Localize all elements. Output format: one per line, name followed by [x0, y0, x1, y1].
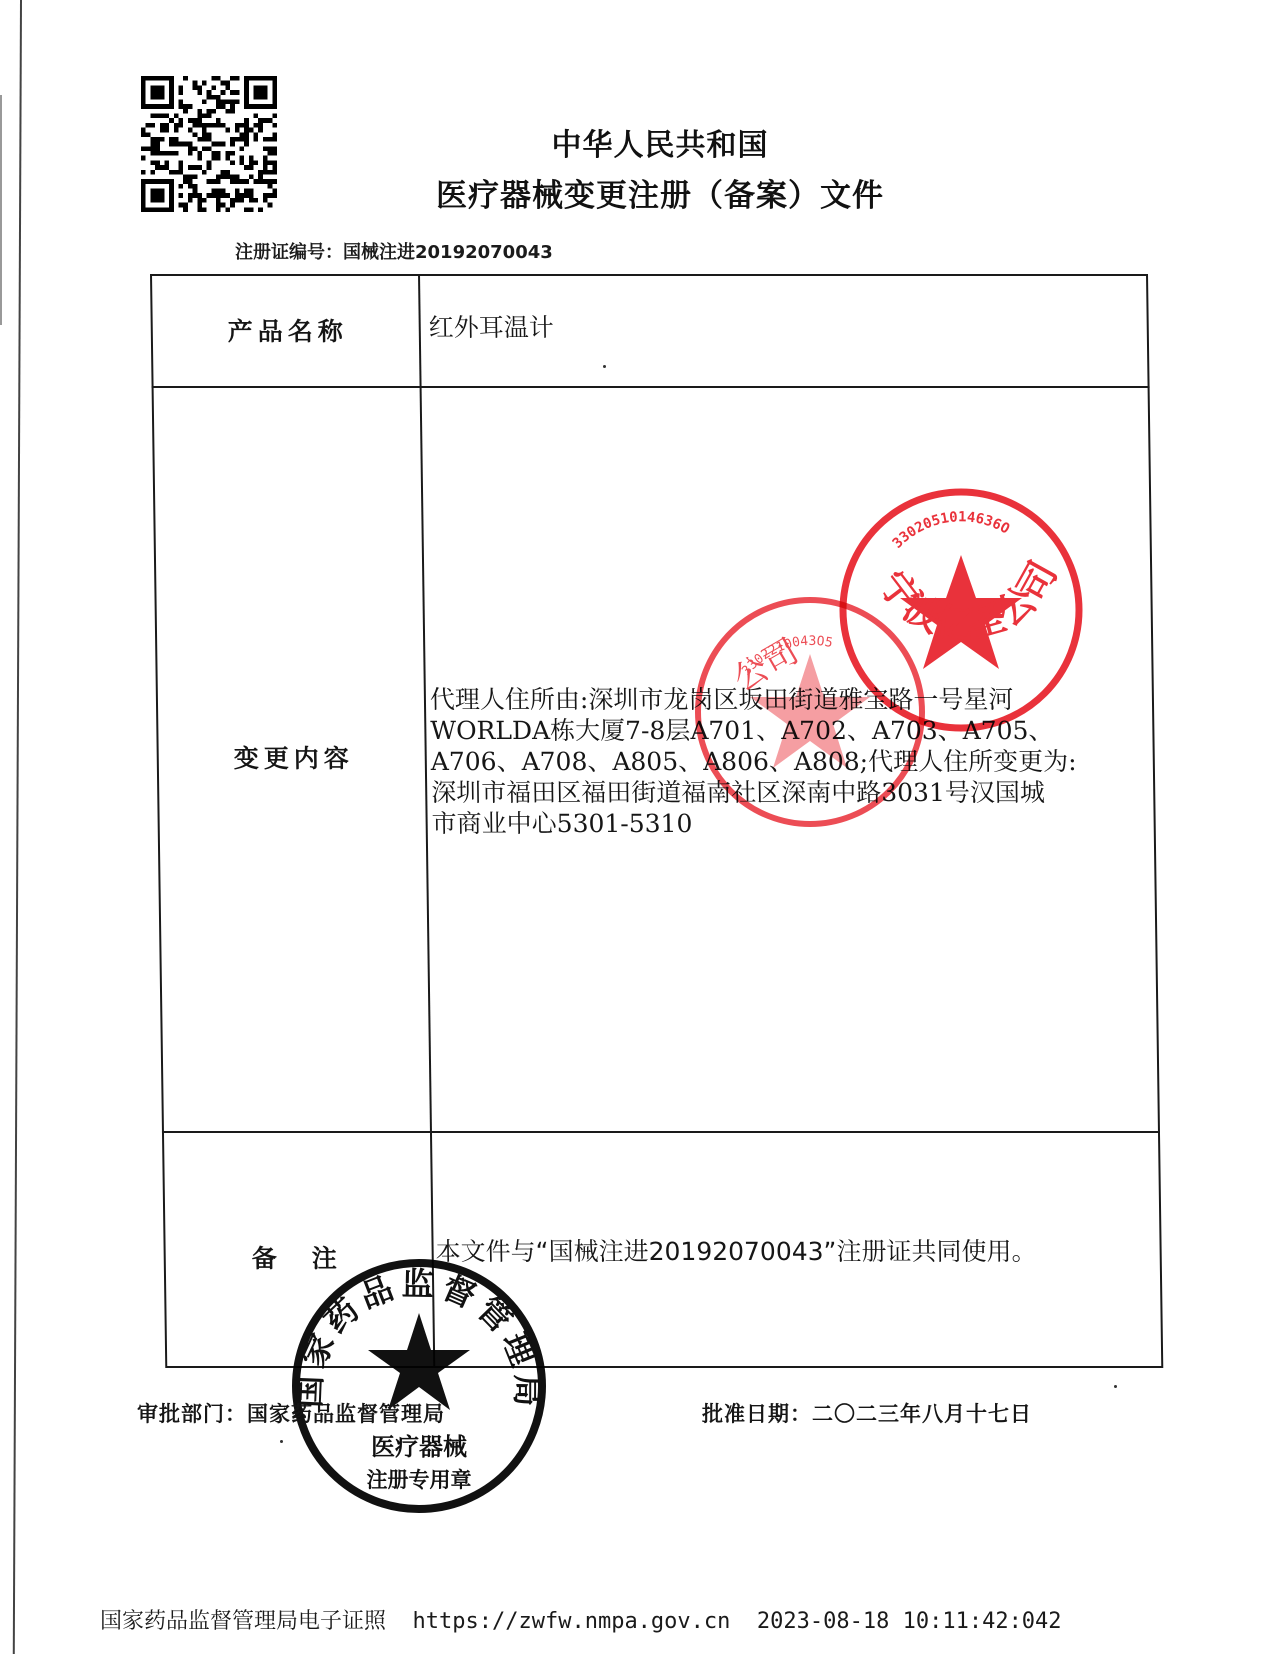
approval-department-label: 审批部门：	[137, 1402, 247, 1426]
registration-number-line: 注册证编号：国械注进20192070043	[235, 238, 553, 264]
scan-speck	[280, 1440, 283, 1443]
qr-code-icon[interactable]	[134, 76, 284, 212]
svg-text:注册专用章: 注册专用章	[367, 1468, 472, 1492]
registration-number-label: 注册证编号：	[235, 242, 343, 263]
document-title-country: 中华人民共和国	[380, 120, 940, 164]
remarks-value: 本文件与“国械注进20192070043”注册证共同使用。	[435, 1236, 1036, 1267]
scan-speck	[1114, 1385, 1117, 1388]
change-content-line: A706、A708、A805、A806、A808;代理人住所变更为:	[431, 746, 1077, 777]
scan-speck	[603, 365, 606, 368]
change-details-table: 产品名称 红外耳温计 变更内容 代理人住所由:深圳市龙岗区坂田街道雅宝路一号星河…	[150, 274, 1163, 1368]
row-divider	[152, 386, 1150, 388]
page-edge-shadow	[13, 0, 22, 1654]
approval-date-label: 批准日期：	[702, 1402, 812, 1426]
approval-department-value: 国家药品监督管理局	[247, 1402, 445, 1426]
change-content-line: 代理人住所由:深圳市龙岗区坂田街道雅宝路一号星河	[430, 684, 1076, 715]
footer-url[interactable]: https://zwfw.nmpa.gov.cn	[413, 1609, 731, 1634]
change-content-line: 深圳市福田区福田街道福南社区深南中路3031号汉国城	[431, 777, 1077, 808]
change-content-value: 代理人住所由:深圳市龙岗区坂田街道雅宝路一号星河 WORLDA栋大厦7-8层A7…	[430, 684, 1078, 839]
change-content-label: 变更内容	[233, 739, 354, 775]
approval-date: 批准日期：二〇二三年八月十七日	[702, 1398, 1032, 1428]
page-edge-shadow-secondary	[0, 95, 2, 325]
svg-text:医疗器械: 医疗器械	[371, 1433, 467, 1461]
footer-timestamp: 2023-08-18 10:11:42:042	[757, 1609, 1062, 1634]
row-divider	[162, 1131, 1160, 1133]
product-name-value: 红外耳温计	[429, 312, 554, 343]
electronic-certificate-footer: 国家药品监督管理局电子证照 https://zwfw.nmpa.gov.cn 2…	[100, 1604, 1062, 1635]
approval-date-value: 二〇二三年八月十七日	[812, 1402, 1032, 1426]
document-title: 医疗器械变更注册（备案）文件	[380, 170, 940, 215]
approval-department: 审批部门：国家药品监督管理局	[137, 1398, 445, 1428]
change-content-line: WORLDA栋大厦7-8层A701、A702、A703、A705、	[430, 715, 1076, 746]
product-name-label: 产品名称	[228, 312, 349, 348]
registration-number: 国械注进20192070043	[343, 242, 553, 263]
change-content-line: 市商业中心5301-5310	[431, 808, 1077, 839]
remarks-label: 备 注	[251, 1239, 342, 1275]
footer-issuer: 国家药品监督管理局电子证照	[100, 1609, 386, 1634]
